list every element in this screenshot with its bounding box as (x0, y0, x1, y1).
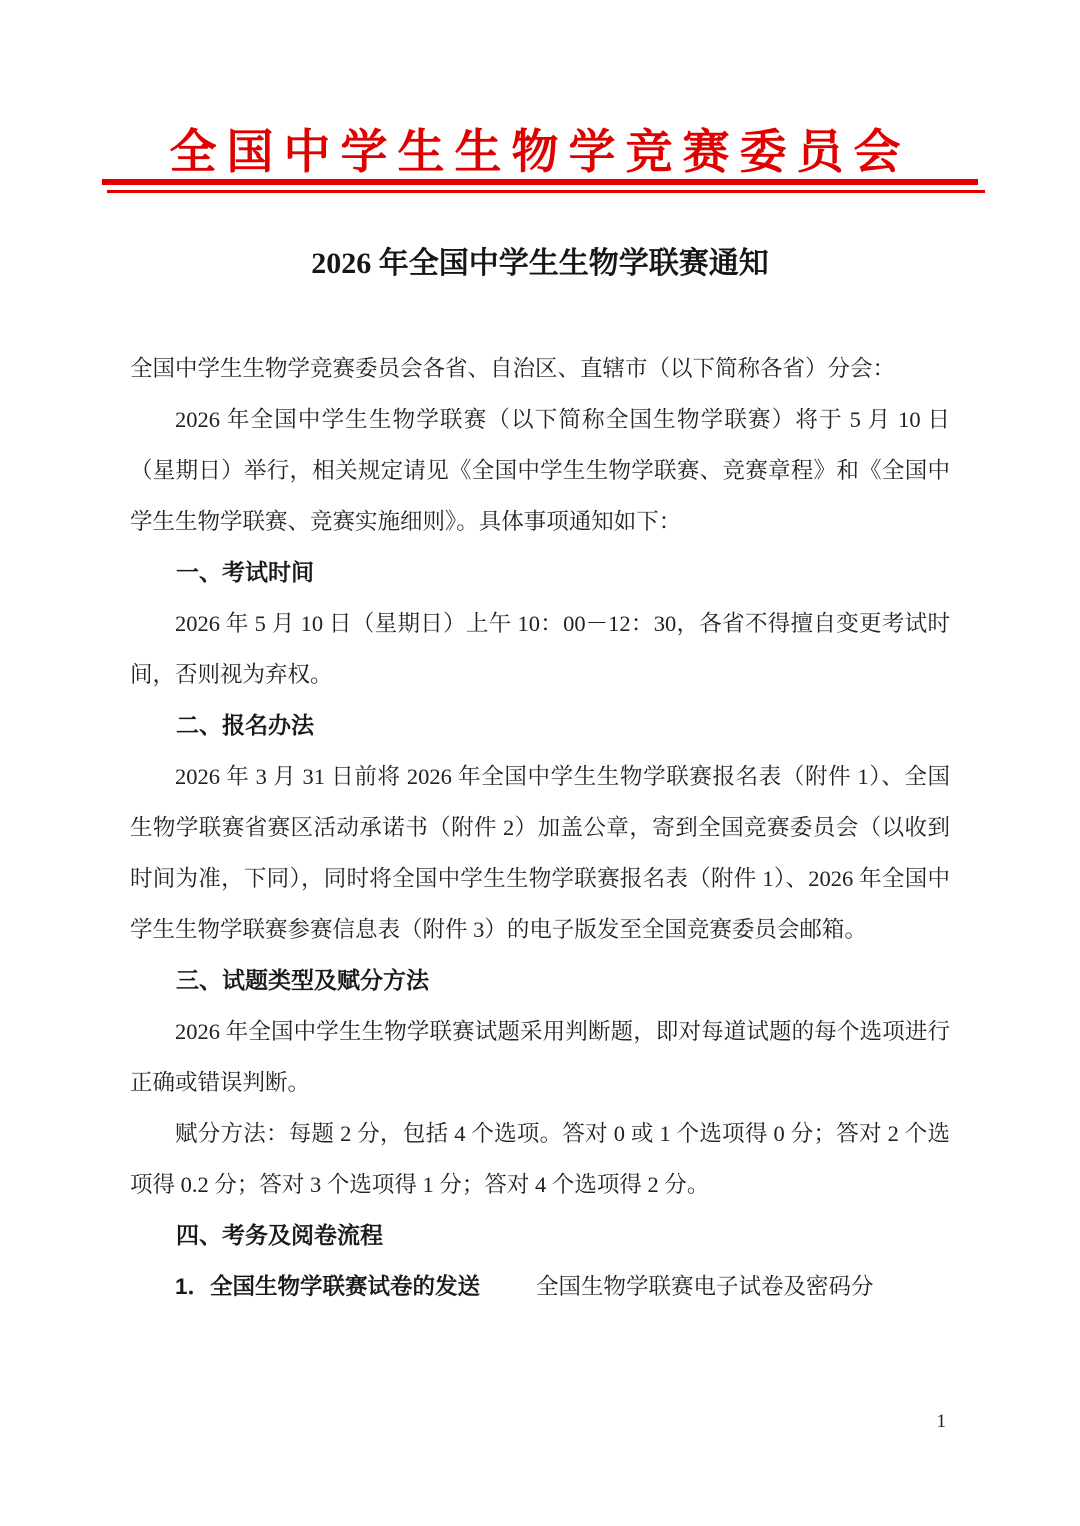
section-4-heading: 四、考务及阅卷流程 (130, 1210, 950, 1261)
letterhead-rule-thick (102, 179, 978, 185)
numbered-item-1: 1．全国生物学联赛试卷的发送全国生物学联赛电子试卷及密码分 (130, 1261, 950, 1312)
section-3-paragraph-1: 2026 年全国中学生生物学联赛试题采用判断题，即对每道试题的每个选项进行正确或… (130, 1006, 950, 1108)
salutation: 全国中学生生物学竞赛委员会各省、自治区、直辖市（以下简称各省）分会： (130, 343, 950, 394)
section-2-heading: 二、报名办法 (130, 700, 950, 751)
letterhead-rule-thin (107, 190, 985, 193)
page-number: 1 (937, 1410, 947, 1434)
section-2-paragraph-1: 2026 年 3 月 31 日前将 2026 年全国中学生生物学联赛报名表（附件… (130, 751, 950, 955)
numbered-item-1-text: 全国生物学联赛电子试卷及密码分 (536, 1274, 874, 1299)
document-body: 全国中学生生物学竞赛委员会各省、自治区、直辖市（以下简称各省）分会： 2026 … (130, 343, 950, 1312)
document-title: 2026 年全国中学生生物学联赛通知 (0, 245, 1080, 283)
document-page: { "header": { "org_name": "全国中学生生物学竞赛委员会… (0, 0, 1080, 1526)
section-3-heading: 三、试题类型及赋分方法 (130, 955, 950, 1006)
section-1-heading: 一、考试时间 (130, 547, 950, 598)
letterhead: 全国中学生生物学竞赛委员会 (102, 128, 978, 193)
numbered-item-1-label: 1．全国生物学联赛试卷的发送 (175, 1274, 480, 1299)
intro-paragraph: 2026 年全国中学生生物学联赛（以下简称全国生物学联赛）将于 5 月 10 日… (130, 394, 950, 547)
section-3-paragraph-2: 赋分方法：每题 2 分，包括 4 个选项。答对 0 或 1 个选项得 0 分；答… (130, 1108, 950, 1210)
section-1-paragraph-1: 2026 年 5 月 10 日（星期日）上午 10：00－12：30，各省不得擅… (130, 598, 950, 700)
org-name: 全国中学生生物学竞赛委员会 (102, 128, 978, 178)
